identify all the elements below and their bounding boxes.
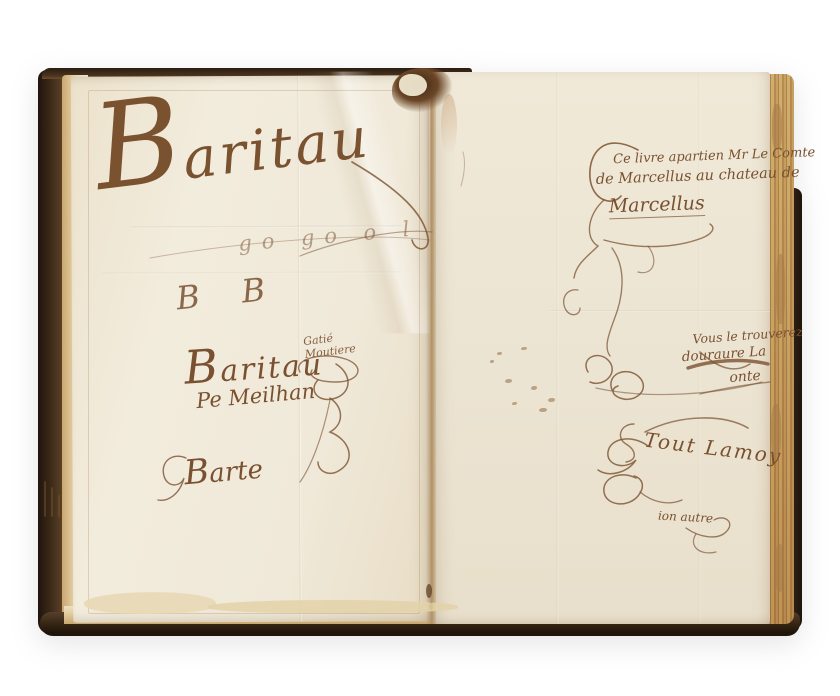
book-gutter: [426, 72, 436, 624]
torn-paper-bits: [399, 74, 427, 96]
margin-note-line: [58, 495, 60, 517]
soft-stain-right-of-gutter: [441, 94, 457, 156]
fore-edge-wear: [772, 104, 782, 150]
fore-edge-wear: [775, 544, 784, 592]
photograph-open-manuscript-book: Baritau go go o l B B Baritau Pe Meilhan…: [0, 0, 840, 696]
ownership-line2: de Marcellus au chateau de: [596, 165, 817, 187]
ownership-line3: Marcellus: [608, 194, 705, 219]
fore-edge-wear: [776, 254, 785, 324]
left-page-lower-signature: Barte: [182, 447, 264, 494]
horizontal-crease: [550, 310, 770, 312]
vertical-crease: [556, 72, 559, 624]
right-page-ownership-inscription: Ce livre apartien Mr Le Comte de Marcell…: [595, 146, 817, 219]
right-page-small-note: ion autre: [658, 509, 714, 526]
right-page-note: Vous le trouverez douraure La onte: [680, 326, 806, 388]
margin-note-line: [51, 487, 53, 517]
bottom-page-tear: [208, 600, 458, 613]
margin-note-line: [44, 481, 46, 517]
gutter-stain: [426, 584, 432, 598]
margin-note-illegible: [39, 473, 97, 517]
